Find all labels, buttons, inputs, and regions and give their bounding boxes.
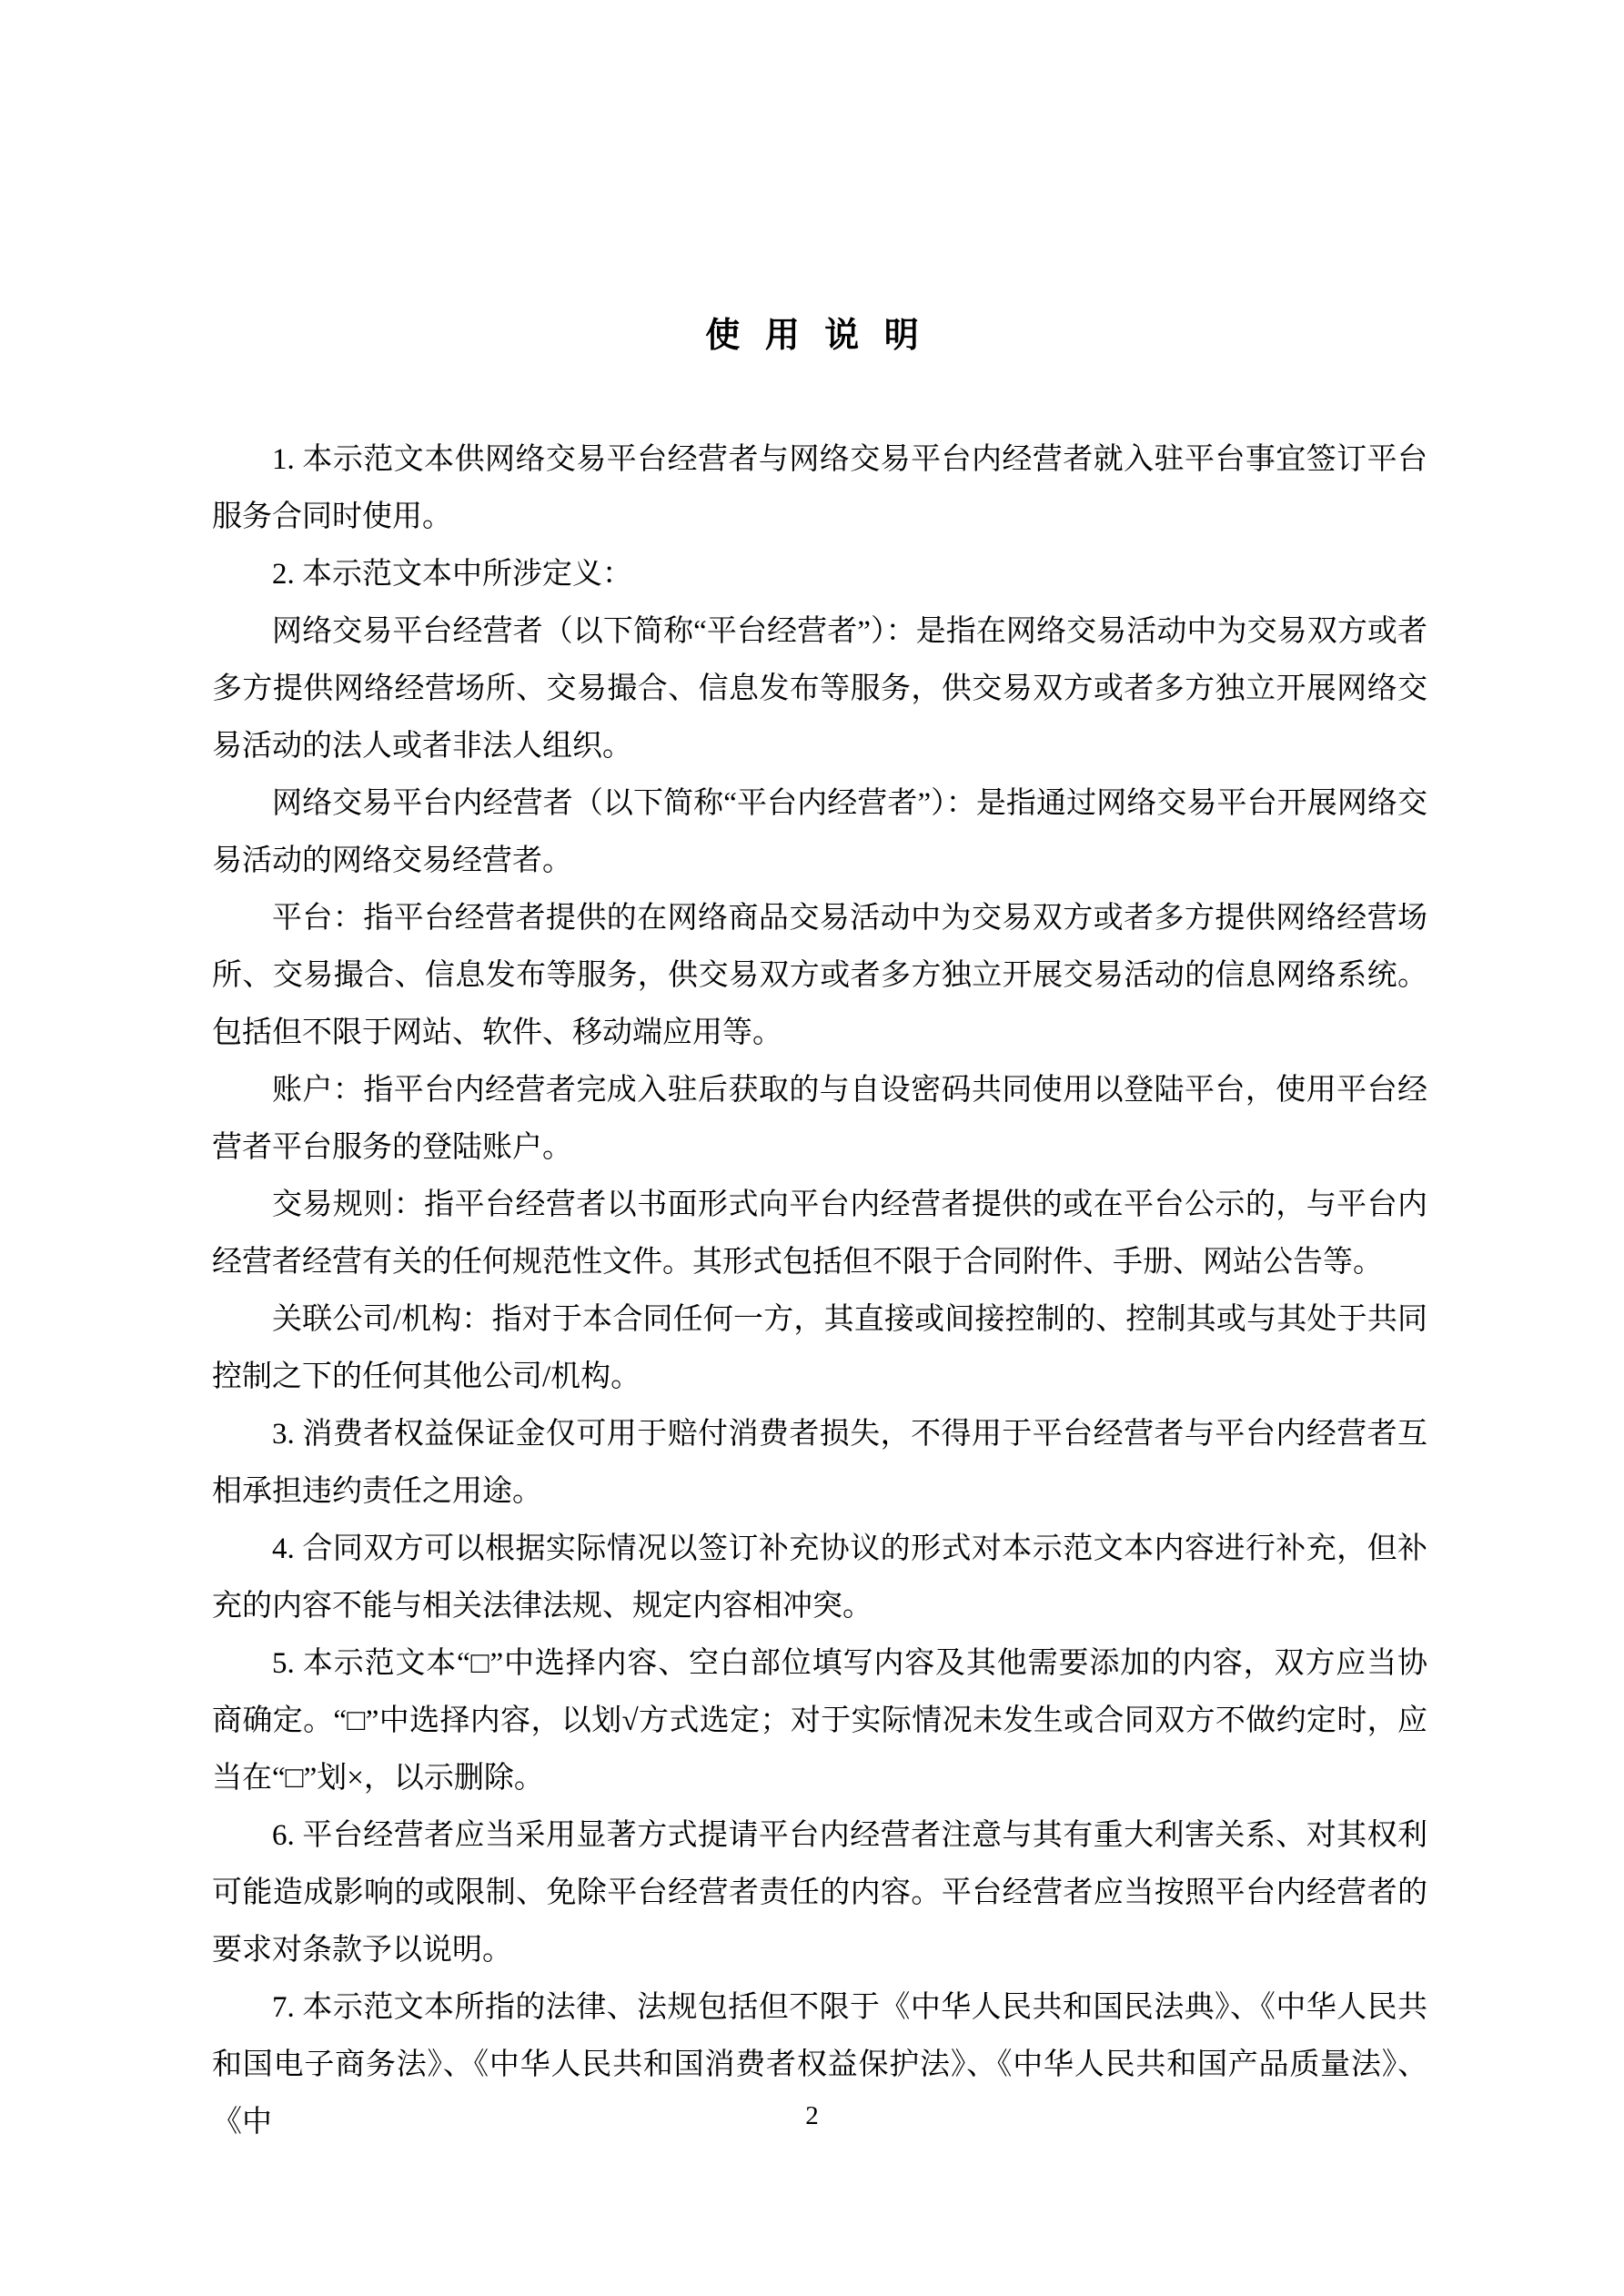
paragraph-9: 3. 消费者权益保证金仅可用于赔付消费者损失，不得用于平台经营者与平台内经营者互…	[212, 1406, 1427, 1521]
document-title: 使 用 说 明	[0, 314, 1624, 358]
document-page: 使 用 说 明 1. 本示范文本供网络交易平台经营者与网络交易平台内经营者就入驻…	[0, 0, 1624, 2296]
paragraph-8: 关联公司/机构：指对于本合同任何一方，其直接或间接控制的、控制其或与其处于共同控…	[212, 1291, 1427, 1406]
paragraph-2: 2. 本示范文本中所涉定义：	[212, 546, 1427, 603]
paragraph-4: 网络交易平台内经营者（以下简称“平台内经营者”）：是指通过网络交易平台开展网络交…	[212, 775, 1427, 890]
document-body: 1. 本示范文本供网络交易平台经营者与网络交易平台内经营者就入驻平台事宜签订平台…	[212, 431, 1427, 2151]
page-number: 2	[0, 2100, 1624, 2131]
paragraph-3: 网络交易平台经营者（以下简称“平台经营者”）：是指在网络交易活动中为交易双方或者…	[212, 603, 1427, 775]
paragraph-12: 6. 平台经营者应当采用显著方式提请平台内经营者注意与其有重大利害关系、对其权利…	[212, 1807, 1427, 1979]
paragraph-6: 账户：指平台内经营者完成入驻后获取的与自设密码共同使用以登陆平台，使用平台经营者…	[212, 1062, 1427, 1177]
paragraph-5: 平台：指平台经营者提供的在网络商品交易活动中为交易双方或者多方提供网络经营场所、…	[212, 890, 1427, 1062]
paragraph-7: 交易规则：指平台经营者以书面形式向平台内经营者提供的或在平台公示的，与平台内经营…	[212, 1177, 1427, 1291]
paragraph-11: 5. 本示范文本“□”中选择内容、空白部位填写内容及其他需要添加的内容，双方应当…	[212, 1635, 1427, 1807]
paragraph-1: 1. 本示范文本供网络交易平台经营者与网络交易平台内经营者就入驻平台事宜签订平台…	[212, 431, 1427, 546]
paragraph-10: 4. 合同双方可以根据实际情况以签订补充协议的形式对本示范文本内容进行补充，但补…	[212, 1521, 1427, 1635]
